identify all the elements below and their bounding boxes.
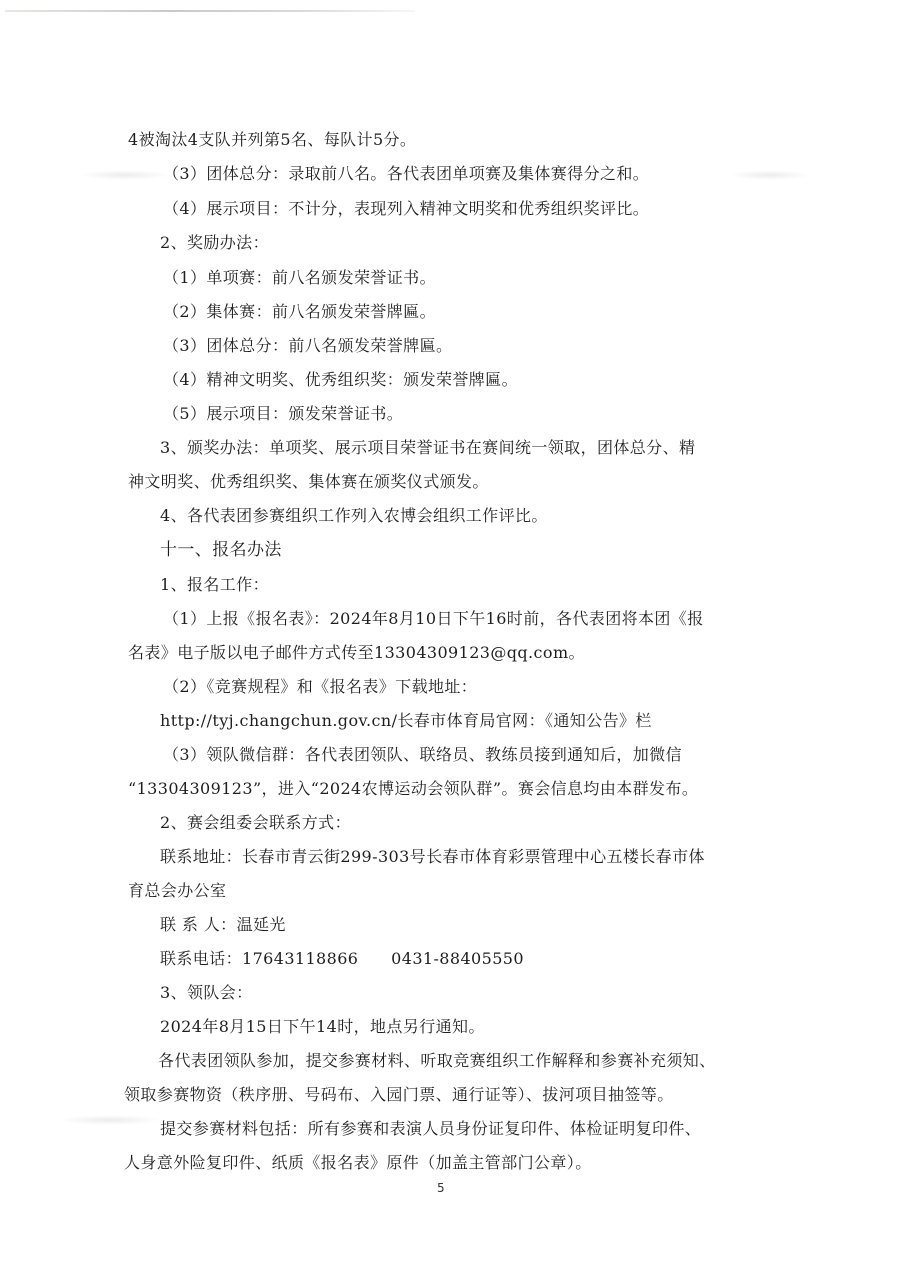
text-line: （5）展示项目：颁发荣誉证书。 [163, 404, 403, 424]
text-line-url: http://tyj.changchun.gov.cn/长春市体育局官网：《通知… [160, 711, 652, 731]
text-line: 2024年8月15日下午14时，地点另行通知。 [160, 1017, 485, 1037]
document-page: 4被淘汰4支队并列第5名、每队计5分。 （3）团体总分：录取前八名。各代表团单项… [0, 0, 901, 1280]
text-line-email: 名表》电子版以电子邮件方式传至13304309123@qq.com。 [128, 643, 585, 663]
contact-address: 联系地址：长春市青云街299-303号长春市体育彩票管理中心五楼长春市体 [160, 847, 705, 867]
text-line: “13304309123”，进入“2024农博运动会领队群”。赛会信息均由本群发… [128, 779, 698, 799]
text-line: （1）上报《报名表》：2024年8月10日下午16时前，各代表团将本团《报 [163, 609, 704, 629]
text-line: （3）团体总分：前八名颁发荣誉牌匾。 [163, 336, 452, 356]
section-heading: 十一、报名办法 [160, 540, 282, 560]
text-line: 3、颁奖办法：单项奖、展示项目荣誉证书在赛间统一领取，团体总分、精 [160, 438, 695, 458]
text-line: 人身意外险复印件、纸质《报名表》原件（加盖主管部门公章）。 [124, 1153, 592, 1173]
text-line: 提交参赛材料包括：所有参赛和表演人员身份证复印件、体检证明复印件、 [160, 1119, 701, 1139]
text-line: 4、各代表团参赛组织工作列入农博会组织工作评比。 [160, 506, 548, 526]
text-line: （2）《竞赛规程》和《报名表》下载地址： [163, 677, 477, 697]
text-line: 各代表团领队参加，提交参赛材料、听取竞赛组织工作解释和参赛补充须知、 [158, 1051, 716, 1071]
text-line: 领取参赛物资（秩序册、号码布、入园门票、通行证等）、拔河项目抽签等。 [124, 1085, 674, 1105]
section-subheading: 3、领队会： [160, 983, 253, 1003]
contact-phone: 联系电话：17643118866 0431-88405550 [160, 949, 524, 969]
text-line: （1）单项赛：前八名颁发荣誉证书。 [163, 268, 436, 288]
text-line: （4）展示项目：不计分，表现列入精神文明奖和优秀组织奖评比。 [163, 199, 649, 219]
text-line: （4）精神文明奖、优秀组织奖：颁发荣誉牌匾。 [163, 370, 518, 390]
contact-person: 联 系 人：温延光 [160, 915, 286, 935]
section-subheading: 2、奖励办法： [160, 233, 269, 253]
section-subheading: 2、赛会组委会联系方式： [160, 813, 351, 833]
text-line: （3）团体总分：录取前八名。各代表团单项赛及集体赛得分之和。 [163, 164, 649, 184]
section-subheading: 1、报名工作： [160, 575, 269, 595]
page-number: 5 [437, 1181, 445, 1195]
contact-address-cont: 育总会办公室 [128, 881, 226, 901]
text-line: 4被淘汰4支队并列第5名、每队计5分。 [128, 130, 416, 150]
text-line: （2）集体赛：前八名颁发荣誉牌匾。 [163, 302, 436, 322]
text-line: （3）领队微信群：各代表团领队、联络员、教练员接到通知后，加微信 [163, 745, 682, 765]
text-line: 神文明奖、优秀组织奖、集体赛在颁奖仪式颁发。 [128, 472, 489, 492]
